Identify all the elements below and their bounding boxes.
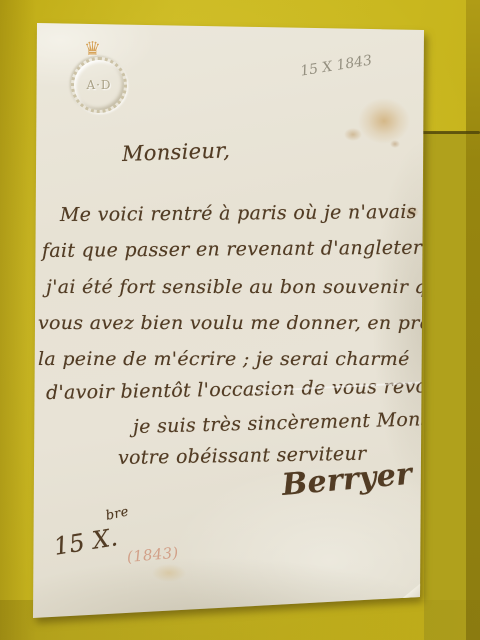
letter-salutation: Monsieur, [122,138,231,166]
foxing-stain [358,98,410,144]
letter-paper-wrap: ♛ A·D 15 X 1843 Monsieur, Me voici rentr… [0,0,480,640]
seal-monogram: A·D [86,78,111,92]
year-notation: (1843) [126,544,179,566]
date-superscript: bre [104,504,130,523]
seal-badge: A·D [71,57,127,113]
photo-of-letter: ♛ A·D 15 X 1843 Monsieur, Me voici rentr… [0,0,480,640]
embossed-seal-icon: ♛ A·D [60,40,136,116]
letter-paper: ♛ A·D 15 X 1843 Monsieur, Me voici rentr… [0,0,480,640]
letter-body-line: fait que passer en revenant d'angleterre… [42,236,450,262]
foxing-stain [344,128,362,141]
letter-body-line: la peine de m'écrire ; je serai charmé [38,348,410,370]
letter-body-line: vous avez bien voulu me donner, en prena… [38,312,476,334]
letter-closing-line: je suis très sincèrement Monsieur [133,407,471,438]
pencil-date-note: 15 X 1843 [299,52,373,79]
letter-body-line: Me voici rentré à paris où je n'avais [60,201,417,226]
foxing-stain [390,140,400,148]
letter-body-line: d'avoir bientôt l'occasion de vous revoi… [46,375,448,404]
letter-body-line: j'ai été fort sensible au bon souvenir q… [46,276,451,298]
folded-corner [399,583,421,601]
foxing-stain [152,564,186,582]
date-notation: 15 X. [52,523,120,561]
